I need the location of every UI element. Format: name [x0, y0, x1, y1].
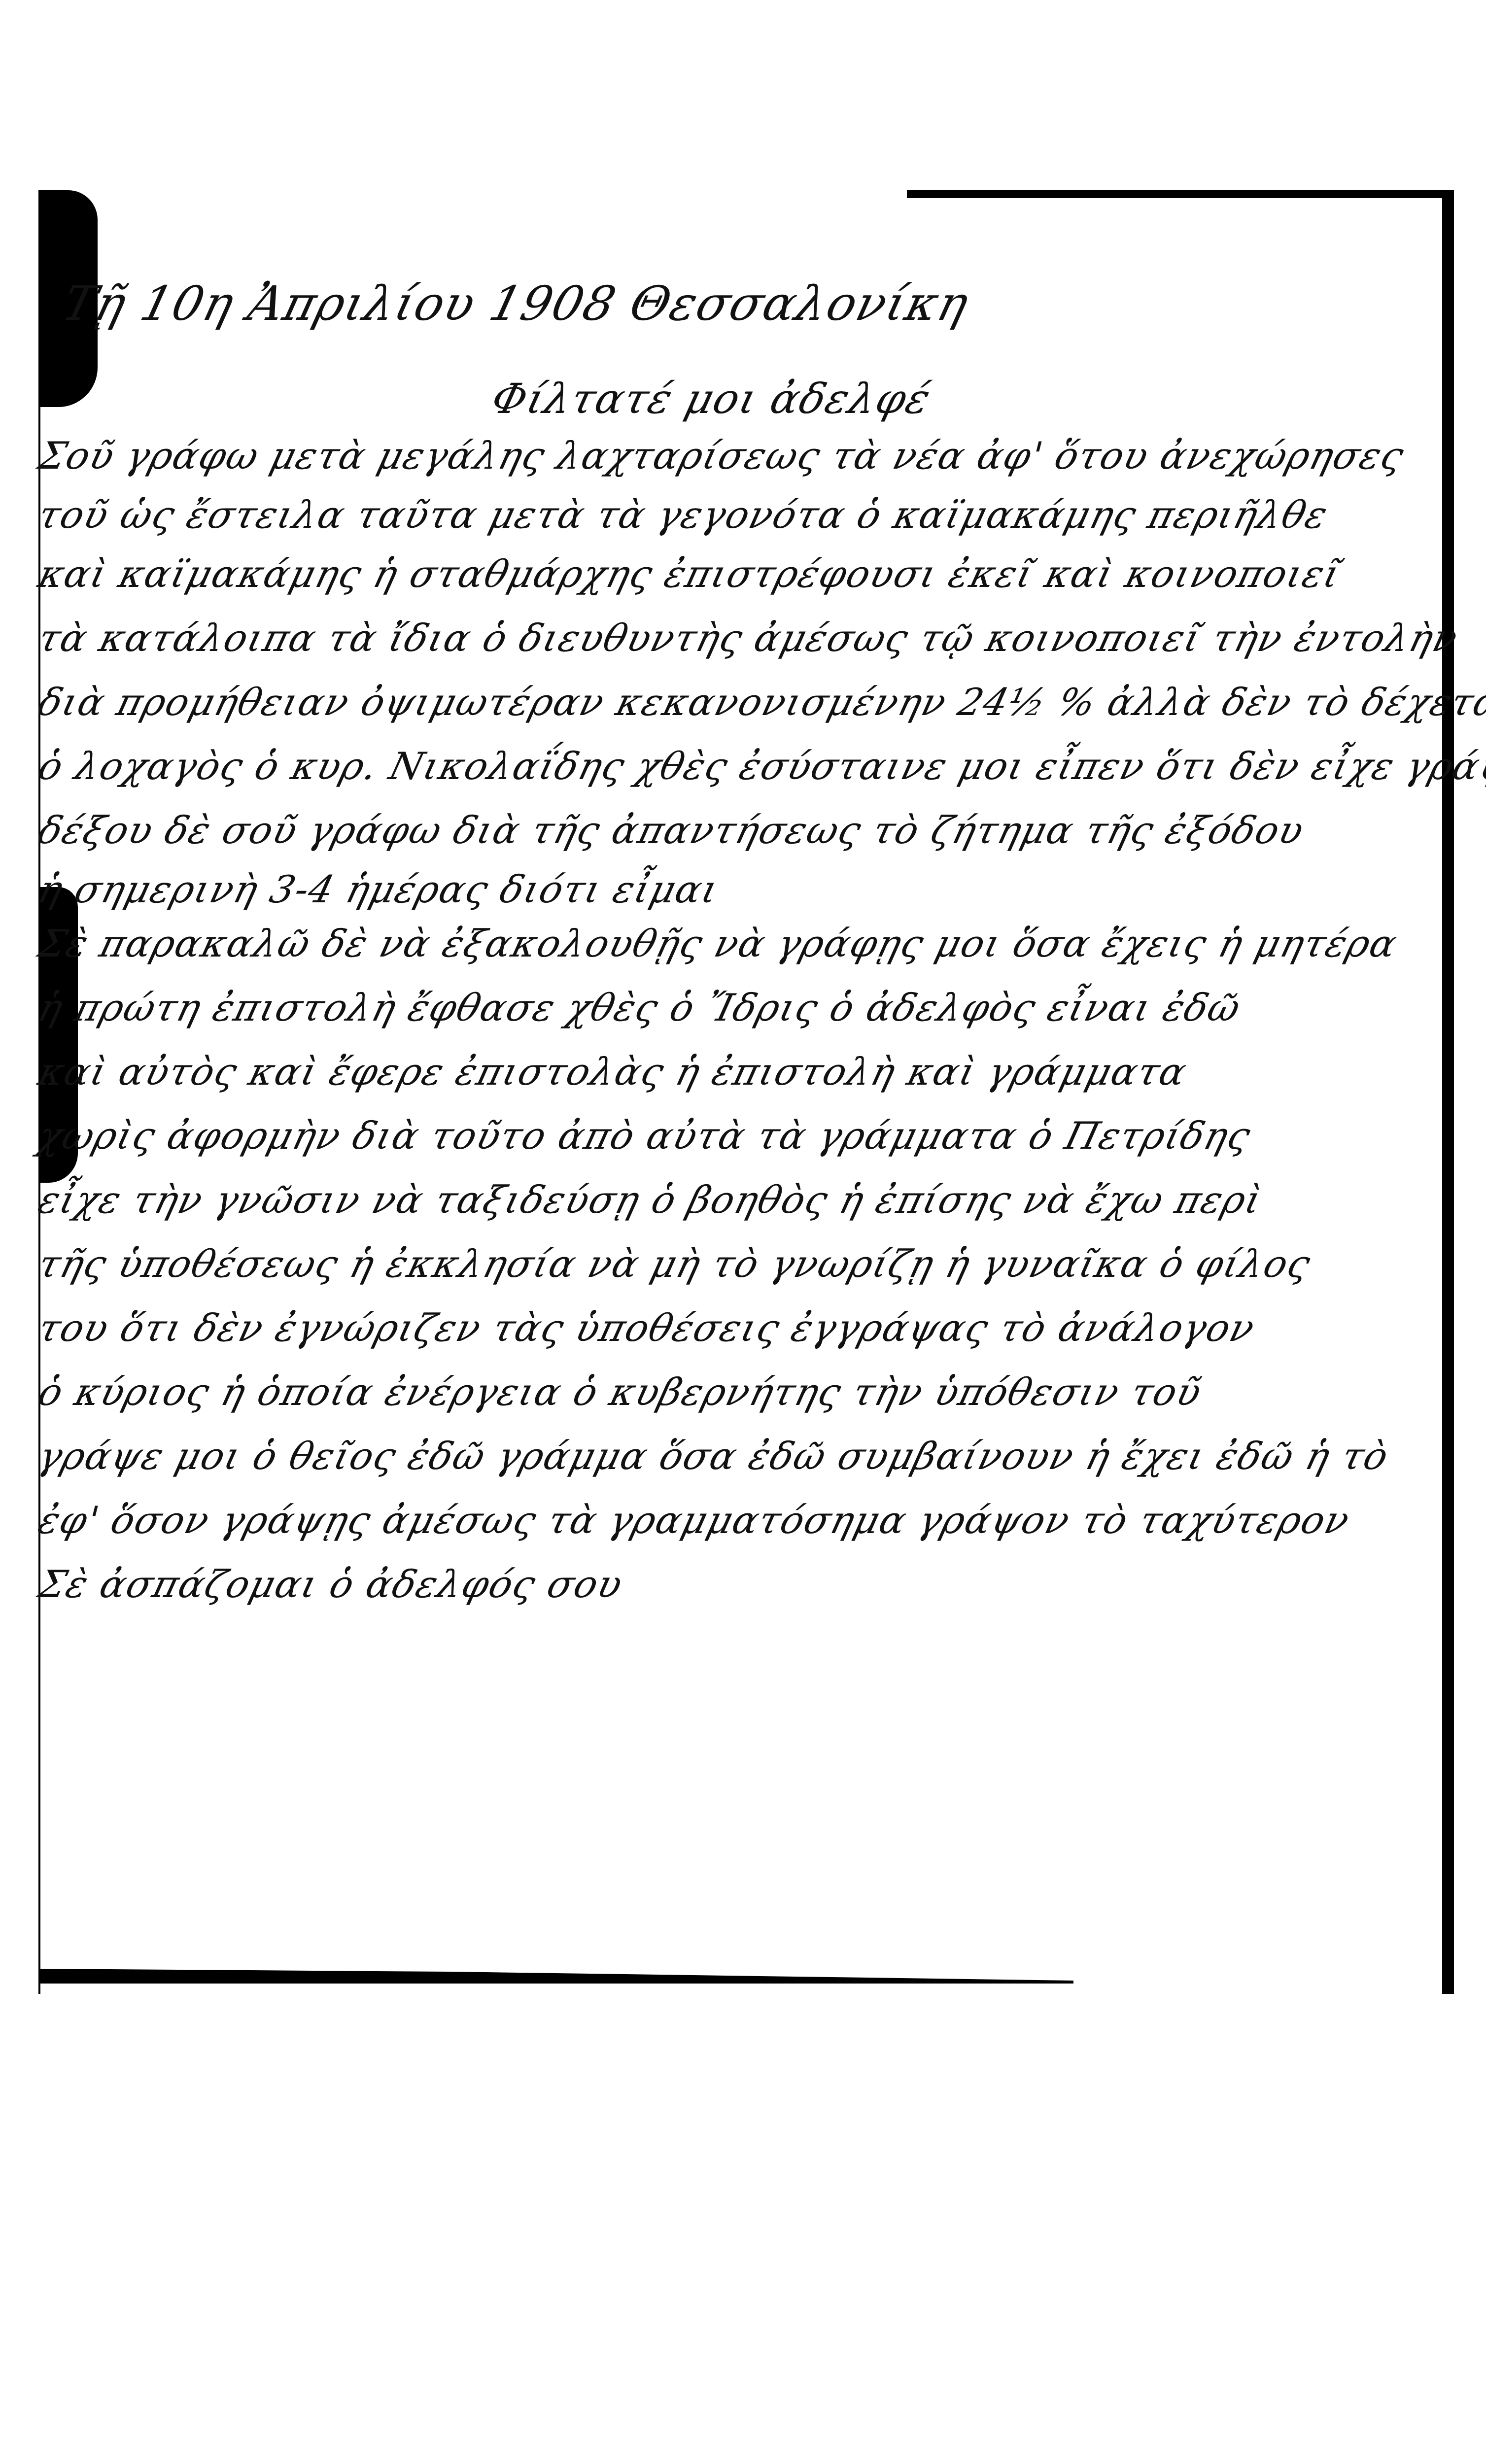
letter-line: τὰ κατάλοιπα τὰ ἴδια ὁ διευθυντὴς ἀμέσως…	[34, 616, 1463, 660]
scanned-letter-page: Τῇ 10η Ἀπριλίου 1908 Θεσσαλονίκη Φίλτατέ…	[0, 0, 1486, 2464]
letter-line: του ὅτι δὲν ἐγνώριζεν τὰς ὑποθέσεις ἐγγρ…	[34, 1306, 1260, 1350]
scan-border-right	[1442, 190, 1454, 1994]
letter-salutation: Φίλτατέ μοι ἀδελφέ	[487, 375, 936, 423]
letter-closing: Σὲ ἀσπάζομαι ὁ ἀδελφός σου	[34, 1562, 627, 1606]
scan-border-bottom-right	[1442, 1947, 1454, 1991]
letter-line: Σὲ παρακαλῶ δὲ νὰ ἐξακολουθῇς νὰ γράφῃς …	[34, 922, 1402, 965]
letter-line: ἐφ' ὅσον γράψῃς ἀμέσως τὰ γραμματόσημα γ…	[34, 1498, 1355, 1542]
letter-line: Σοῦ γράφω μετὰ μεγάλης λαχταρίσεως τὰ νέ…	[34, 434, 1409, 478]
letter-line: ἡ σημερινὴ 3-4 ἡμέρας διότι εἶμαι	[34, 867, 724, 911]
letter-line: χωρὶς ἀφορμὴν διὰ τοῦτο ἀπὸ αὐτὰ τὰ γράμ…	[34, 1114, 1256, 1158]
letter-line: δέξου δὲ σοῦ γράφω διὰ τῆς ἀπαντήσεως τὸ…	[34, 808, 1309, 852]
letter-line: ὁ λοχαγὸς ὁ κυρ. Νικολαΐδης χθὲς ἐσύσται…	[34, 744, 1486, 788]
letter-line: γράψε μοι ὁ θεῖος ἐδῶ γράμμα ὅσα ἐδῶ συμ…	[34, 1434, 1394, 1478]
letter-line: τῆς ὑποθέσεως ἡ ἐκκλησία νὰ μὴ τὸ γνωρίζ…	[34, 1242, 1315, 1286]
letter-line: καὶ καϊμακάμης ἡ σταθμάρχης ἐπιστρέφουσι…	[34, 552, 1346, 596]
letter-line: ἡ πρώτη ἐπιστολὴ ἔφθασε χθὲς ὁ Ἴδρις ὁ ἀ…	[34, 986, 1245, 1029]
letter-dateline: Τῇ 10η Ἀπριλίου 1908 Θεσσαλονίκη	[57, 276, 975, 331]
scan-border-top	[907, 190, 1454, 198]
letter-line: εἶχε τὴν γνῶσιν νὰ ταξιδεύσῃ ὁ βοηθὸς ἡ …	[34, 1178, 1267, 1222]
letter-line: τοῦ ὡς ἔστειλα ταῦτα μετὰ τὰ γεγονότα ὁ …	[34, 493, 1333, 537]
scan-border-bottom	[38, 1969, 1073, 1984]
letter-line: διὰ προμήθειαν ὀψιμωτέραν κεκανονισμένην…	[34, 680, 1486, 724]
letter-line: καὶ αὐτὸς καὶ ἔφερε ἐπιστολὰς ἡ ἐπιστολὴ…	[34, 1050, 1192, 1094]
letter-line: ὁ κύριος ἡ ὁποία ἐνέργεια ὁ κυβερνήτης τ…	[34, 1370, 1207, 1414]
